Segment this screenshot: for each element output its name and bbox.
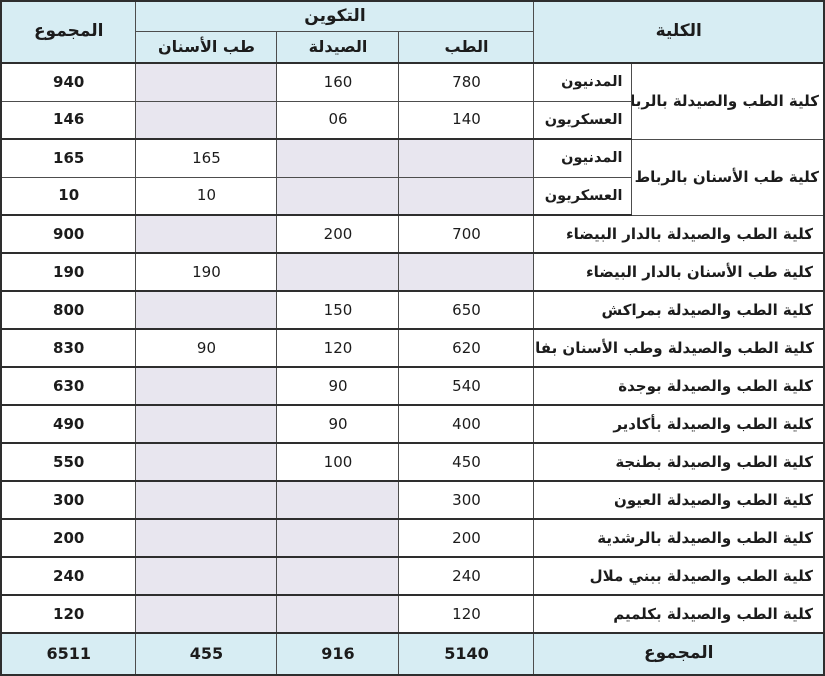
- pharmacy-value: 100: [277, 443, 399, 481]
- pharmacy-value: 200: [277, 215, 399, 253]
- total-value: 240: [1, 557, 136, 595]
- group-civilians: المدنيون: [534, 139, 631, 177]
- faculty-rabat-dentistry: كلية طب الأسنان بالرباط: [631, 139, 824, 215]
- grand-total-row: المجموع 5140 916 455 6511: [1, 633, 824, 675]
- faculty-fes: كلية الطب والصيدلة وطب الأسنان بفاس: [534, 329, 824, 367]
- medicine-value: 780: [399, 63, 534, 101]
- medicine-value: 240: [399, 557, 534, 595]
- total-value: 900: [1, 215, 136, 253]
- medicine-value: 140: [399, 101, 534, 139]
- faculty-beni-mellal: كلية الطب والصيدلة ببني ملال: [534, 557, 824, 595]
- total-value: 550: [1, 443, 136, 481]
- table-row: كلية الطب والصيدلة بمراكش 650 150 800: [1, 291, 824, 329]
- faculty-seats-table: الكلية التكوين المجموع الطب الصيدلة طب ا…: [0, 0, 825, 676]
- table-row: كلية الطب والصيدلة بالرباط المدنيون 780 …: [1, 63, 824, 101]
- pharmacy-value: [277, 481, 399, 519]
- medicine-value: 540: [399, 367, 534, 405]
- table-row: كلية طب الأسنان بالرباط المدنيون 165 165: [1, 139, 824, 177]
- medicine-value: [399, 177, 534, 215]
- dentistry-value: [136, 367, 277, 405]
- medicine-value: 650: [399, 291, 534, 329]
- dentistry-value: 190: [136, 253, 277, 291]
- header-row-1: الكلية التكوين المجموع: [1, 1, 824, 31]
- pharmacy-value: [277, 139, 399, 177]
- pharmacy-value: 150: [277, 291, 399, 329]
- faculty-oujda: كلية الطب والصيدلة بوجدة: [534, 367, 824, 405]
- header-faculty: الكلية: [534, 1, 824, 63]
- dentistry-value: [136, 63, 277, 101]
- medicine-value: 700: [399, 215, 534, 253]
- faculty-marrakech: كلية الطب والصيدلة بمراكش: [534, 291, 824, 329]
- total-value: 630: [1, 367, 136, 405]
- total-value: 10: [1, 177, 136, 215]
- medicine-value: 620: [399, 329, 534, 367]
- dentistry-value: 90: [136, 329, 277, 367]
- total-value: 490: [1, 405, 136, 443]
- table-row: كلية الطب والصيدلة بالدار البيضاء 700 20…: [1, 215, 824, 253]
- faculty-casablanca-med-pharm: كلية الطب والصيدلة بالدار البيضاء: [534, 215, 824, 253]
- medicine-value: 400: [399, 405, 534, 443]
- faculty-casablanca-dentistry: كلية طب الأسنان بالدار البيضاء: [534, 253, 824, 291]
- group-military: العسكريون: [534, 177, 631, 215]
- total-value: 146: [1, 101, 136, 139]
- grand-total-sum: 6511: [1, 633, 136, 675]
- group-civilians: المدنيون: [534, 63, 631, 101]
- pharmacy-value: [277, 557, 399, 595]
- pharmacy-value: [277, 519, 399, 557]
- header-medicine: الطب: [399, 31, 534, 63]
- pharmacy-value: 90: [277, 367, 399, 405]
- grand-total-medicine: 5140: [399, 633, 534, 675]
- dentistry-value: 10: [136, 177, 277, 215]
- table-row: كلية الطب والصيدلة العيون 300 300: [1, 481, 824, 519]
- medicine-value: 450: [399, 443, 534, 481]
- medicine-value: [399, 253, 534, 291]
- header-dentistry: طب الأسنان: [136, 31, 277, 63]
- faculty-guelmim: كلية الطب والصيدلة بكلميم: [534, 595, 824, 633]
- pharmacy-value: [277, 177, 399, 215]
- dentistry-value: [136, 443, 277, 481]
- total-value: 300: [1, 481, 136, 519]
- header-pharmacy: الصيدلة: [277, 31, 399, 63]
- total-value: 200: [1, 519, 136, 557]
- table-row: كلية طب الأسنان بالدار البيضاء 190 190: [1, 253, 824, 291]
- pharmacy-value: [277, 253, 399, 291]
- dentistry-value: [136, 557, 277, 595]
- table-row: كلية الطب والصيدلة بوجدة 540 90 630: [1, 367, 824, 405]
- pharmacy-value: 160: [277, 63, 399, 101]
- table-row: كلية الطب والصيدلة ببني ملال 240 240: [1, 557, 824, 595]
- table-row: كلية الطب والصيدلة وطب الأسنان بفاس 620 …: [1, 329, 824, 367]
- dentistry-value: [136, 101, 277, 139]
- faculty-tangier: كلية الطب والصيدلة بطنجة: [534, 443, 824, 481]
- dentistry-value: [136, 291, 277, 329]
- header-total: المجموع: [1, 1, 136, 63]
- faculty-agadir: كلية الطب والصيدلة بأكادير: [534, 405, 824, 443]
- dentistry-value: [136, 405, 277, 443]
- faculty-rabat-med-pharm: كلية الطب والصيدلة بالرباط: [631, 63, 824, 139]
- grand-total-pharmacy: 916: [277, 633, 399, 675]
- header-formation: التكوين: [136, 1, 534, 31]
- pharmacy-value: 90: [277, 405, 399, 443]
- grand-total-dentistry: 455: [136, 633, 277, 675]
- total-value: 940: [1, 63, 136, 101]
- total-value: 190: [1, 253, 136, 291]
- total-value: 120: [1, 595, 136, 633]
- dentistry-value: 165: [136, 139, 277, 177]
- table-row: كلية الطب والصيدلة بالرشدية 200 200: [1, 519, 824, 557]
- medicine-value: 300: [399, 481, 534, 519]
- dentistry-value: [136, 215, 277, 253]
- dentistry-value: [136, 595, 277, 633]
- dentistry-value: [136, 481, 277, 519]
- medicine-value: [399, 139, 534, 177]
- pharmacy-value: [277, 595, 399, 633]
- pharmacy-value: 06: [277, 101, 399, 139]
- table-row: كلية الطب والصيدلة بطنجة 450 100 550: [1, 443, 824, 481]
- group-military: العسكريون: [534, 101, 631, 139]
- table-row: كلية الطب والصيدلة بأكادير 400 90 490: [1, 405, 824, 443]
- table-row: كلية الطب والصيدلة بكلميم 120 120: [1, 595, 824, 633]
- faculty-errachidia: كلية الطب والصيدلة بالرشدية: [534, 519, 824, 557]
- total-value: 800: [1, 291, 136, 329]
- grand-total-label: المجموع: [534, 633, 824, 675]
- total-value: 165: [1, 139, 136, 177]
- total-value: 830: [1, 329, 136, 367]
- medicine-value: 120: [399, 595, 534, 633]
- faculty-laayoune: كلية الطب والصيدلة العيون: [534, 481, 824, 519]
- dentistry-value: [136, 519, 277, 557]
- medicine-value: 200: [399, 519, 534, 557]
- pharmacy-value: 120: [277, 329, 399, 367]
